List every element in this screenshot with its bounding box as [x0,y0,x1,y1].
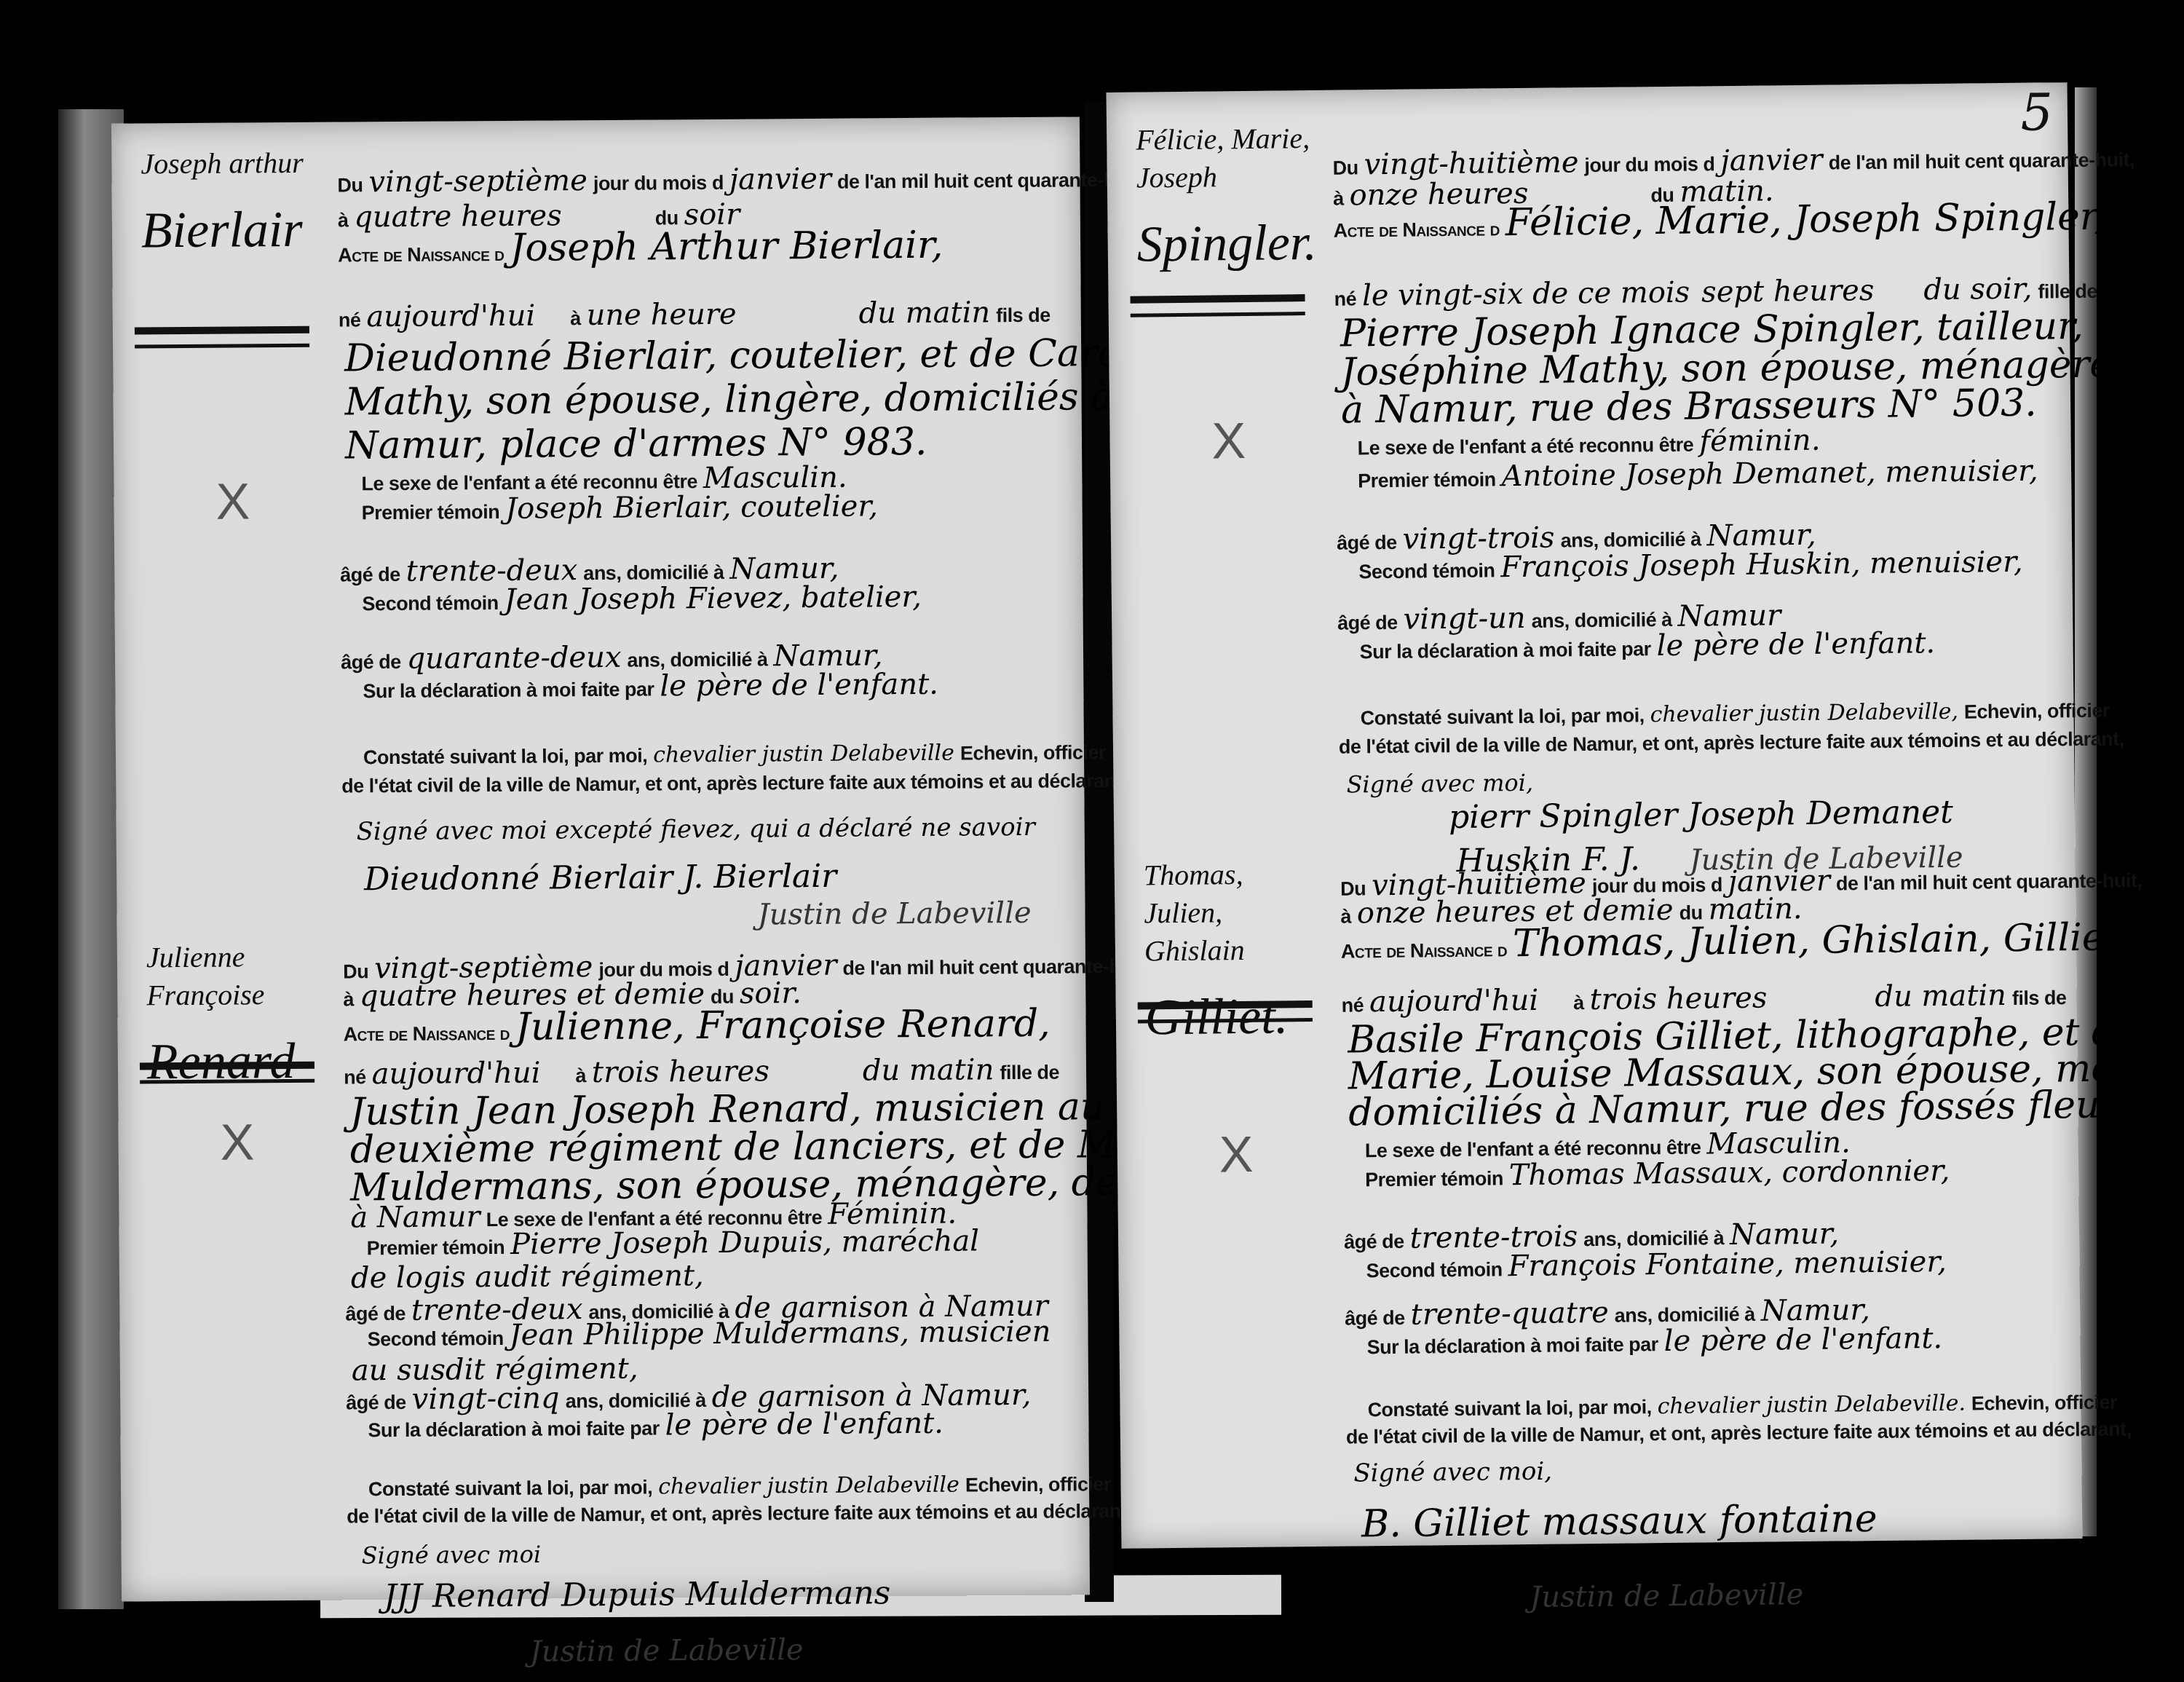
signed-note: Signé avec moi excepté fievez, qui a déc… [357,813,1035,847]
left-page: Joseph arthur Bierlair X Duvingt-septièm… [111,117,1090,1601]
acte-line: Acte de Naissance dJoseph Arthur Bierlai… [338,223,1059,272]
signed-note: Signé avec moi [362,1541,542,1570]
officer-signature: Justin de Labeville [1530,1578,1803,1614]
margin-cross-mark: X [1211,411,1246,470]
declarant: le père de l'enfant. [1656,626,1935,663]
margin-given-names: Joseph arthur [141,144,315,183]
separator-bar [1138,1000,1313,1024]
day: vingt-septième [368,164,587,199]
margin-given-names: Julienne Françoise [146,938,322,1015]
officer-name: chevalier justin Delabeville [653,741,954,768]
second-witness: François Joseph Huskin, menuisier, [1500,545,2023,585]
child-name: Thomas, Julien, Ghislain, Gilliet, [1513,915,2132,966]
first-witness: Pierre Joseph Dupuis, maréchal [510,1224,979,1260]
second-witness: Jean Philippe Muldermans, musicien [509,1315,1051,1352]
first-witness: Antoine Joseph Demanet, menuisier, [1501,454,2038,494]
birth-record: Félicie, Marie, Joseph Spingler. X Duvin… [1107,111,2068,122]
child-name: Julienne, Françoise Renard, [515,1002,1051,1049]
birth-record: Joseph arthur Bierlair X Duvingt-septièm… [111,117,1080,123]
signed-note: Signé avec moi, [1353,1457,1552,1488]
margin-cross-mark: X [1219,1125,1254,1183]
declarant: le père de l'enfant. [660,668,938,703]
margin-cross-mark: X [215,472,250,530]
margin-names: Félicie, Marie, Joseph Spingler. [1136,119,1312,278]
margin-surname: Spingler. [1136,210,1312,278]
separator-bar [140,1062,314,1084]
month: janvier [729,162,832,197]
signatures: B. Gilliet massaux fontaine [1361,1497,1878,1546]
sex: féminin. [1699,424,1821,459]
child-name: Joseph Arthur Bierlair, [510,224,943,270]
separator-bar [135,326,309,349]
birth-record: Julienne Françoise Renard X Duvingt-sept… [117,932,1085,939]
officer-signature: Justin de Labeville [757,896,1031,932]
birth-line: néaujourd'huiàune heuredu matinfils de [339,296,1059,334]
page-number: 5 [2020,82,2053,142]
second-witness: Jean Joseph Fievez, batelier, [504,580,922,617]
first-witness: Thomas Massaux, cordonnier, [1509,1154,1950,1192]
declarant: le père de l'enfant. [1663,1322,1942,1358]
parents-line: Dieudonné Bierlair, coutelier, et de Car… [344,331,1192,380]
first-witness: Joseph Bierlair, coutelier, [505,489,878,526]
right-page: 5 Félicie, Marie, Joseph Spingler. X Duv… [1107,82,2083,1549]
record-date-line: Duvingt-septièmejour du mois djanvierde … [337,161,1058,200]
signatures: JJJ Renard Dupuis Muldermans [384,1574,891,1615]
margin-cross-mark: X [220,1113,254,1171]
signatures: pierr Spingler Joseph Demanet [1449,794,1953,836]
signed-note: Signé avec moi, [1346,769,1533,799]
margin-names: Joseph arthur Bierlair [141,144,316,264]
signatures: Dieudonné Bierlair J. Bierlair [364,858,836,899]
parents-line: Mathy, son épouse, lingère, domiciliés à [344,375,1113,424]
separator-bar [1130,294,1305,317]
child-name: Félicie, Marie, Joseph Spingler, [1505,195,2105,245]
declarant: le père de l'enfant. [665,1407,943,1442]
margin-given-names: Thomas, Julien, Ghislain [1144,855,1320,971]
margin-given-names: Félicie, Marie, Joseph [1136,119,1311,197]
officer-signature: Justin de Labeville [529,1633,803,1669]
margin-surname: Bierlair [141,197,317,264]
second-witness: François Fontaine, menuisier, [1508,1245,1947,1283]
